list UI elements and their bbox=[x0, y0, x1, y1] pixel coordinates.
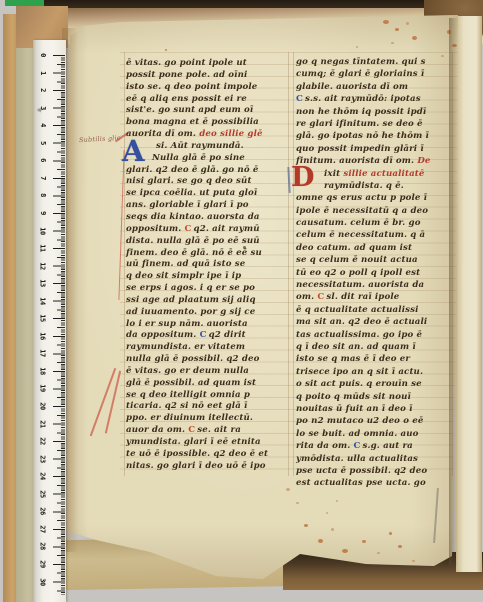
text-line: go q negas tīntatem. qui s bbox=[296, 56, 456, 68]
text-line: tas actualissima. go ipo ē bbox=[296, 329, 456, 341]
stain bbox=[342, 549, 348, 553]
text-line: glabile. auorista dī om bbox=[296, 81, 456, 93]
text-line: pse ucta ē possibil. q2 deo bbox=[296, 465, 456, 477]
text-line: necessitatum. auorista da bbox=[296, 279, 456, 291]
text-column-left: ē vitas. go point ipole utpossit pone po… bbox=[126, 58, 296, 473]
text-line: ē vitas. go er deum nulla bbox=[126, 366, 296, 378]
text-line: nouitas ū fuit an ī deo ī bbox=[296, 403, 456, 415]
stain bbox=[412, 36, 417, 40]
text-line: nisi glari. se go q deo sūt bbox=[126, 176, 296, 188]
stain bbox=[326, 512, 328, 514]
text-line: q poito q mūds sit nouī bbox=[296, 391, 456, 403]
text-line: glā. go ipotas nō he thōm ī bbox=[296, 130, 456, 142]
text-line: te uō ē ipossible. q2 deo ē et bbox=[126, 449, 296, 461]
illuminated-initial-a: A bbox=[122, 137, 145, 166]
text-line: po n2 mutaco u2 deo o eē bbox=[296, 415, 456, 427]
text-line: uū finem. ad quā isto se bbox=[126, 259, 296, 271]
text-line: deo catum. ad quam ist bbox=[296, 242, 456, 254]
text-line: omne qs erus actu p pole ī bbox=[296, 192, 456, 204]
stain bbox=[331, 528, 334, 531]
text-line: isto se q mas ē ī deo er bbox=[296, 353, 456, 365]
stain bbox=[412, 560, 415, 562]
text-line: lo i er sup nām. auorista bbox=[126, 319, 296, 331]
text-line: ticaria. q2 si nō eet glā ī bbox=[126, 401, 296, 413]
text-line: se q deo itelligit omnia p bbox=[126, 390, 296, 402]
stain bbox=[296, 502, 299, 504]
text-line: celum ē necessitatum. q ā bbox=[296, 229, 456, 241]
text-line: glā ē possibil. ad quam ist bbox=[126, 378, 296, 390]
page-edge-shadow bbox=[449, 18, 458, 566]
text-line: o sit act puis. q erouīn se bbox=[296, 378, 456, 390]
text-line: ssi age ad plaatum sij aliq bbox=[126, 295, 296, 307]
text-line: dista. nulla glā ē po eē suū bbox=[126, 236, 296, 248]
text-line: raymundista. er vitatem bbox=[126, 342, 296, 354]
text-line: Cs.s. ait raymūdō: ipotas bbox=[296, 93, 456, 105]
text-line: lo se buit. ad omnia. auo bbox=[296, 428, 456, 440]
text-line: ē vitas. go point ipole ut bbox=[126, 58, 296, 70]
text-line: est actualitas pse ucta. go bbox=[296, 477, 456, 489]
stain bbox=[383, 20, 389, 24]
text-line: raymūdista. q ē. bbox=[296, 180, 456, 192]
text-line: oppositum. Cq2. ait raymū bbox=[126, 224, 296, 236]
text-line: isto se. q deo point impole bbox=[126, 82, 296, 94]
stain bbox=[356, 46, 358, 48]
stain bbox=[441, 55, 444, 57]
stain bbox=[389, 532, 392, 535]
text-line: auorita dī om. deo sillie glē bbox=[126, 129, 296, 141]
stain bbox=[362, 540, 366, 543]
text-line: q deo sit simplr ipe ī ip bbox=[126, 271, 296, 283]
text-line: finem. deo ē glā. nō ē eē su bbox=[126, 248, 296, 260]
stain bbox=[318, 539, 323, 543]
text-line: quo possit impedin glāri ī bbox=[296, 143, 456, 155]
text-line: se erps i agos. i q er se po bbox=[126, 283, 296, 295]
text-line: nitas. go glari ī deo uō ē ipo bbox=[126, 461, 296, 473]
text-line: ē q actualitate actualissi bbox=[296, 304, 456, 316]
column-guide-line bbox=[124, 52, 125, 476]
text-line: ppo. er diuinum itellectū. bbox=[126, 413, 296, 425]
text-line: finitum. auorista dī om. De bbox=[296, 155, 456, 167]
text-line: om. Csl. dit raī ipole bbox=[296, 291, 456, 303]
text-line: rita da om. Cs.g. aut ra bbox=[296, 440, 456, 452]
text-line: non he thōm iq possit ipdī bbox=[296, 106, 456, 118]
text-line: cumq; ē glari ē gloriains ī bbox=[296, 68, 456, 80]
text-line: nulla glā ē possibil. q2 deo bbox=[126, 354, 296, 366]
text-line: re glari ifinitum. se deo ē bbox=[296, 118, 456, 130]
text-line: seqs dia kintao. auorsta da bbox=[126, 212, 296, 224]
text-line: sist'e. go sunt apd eum oī bbox=[126, 105, 296, 117]
speck bbox=[243, 246, 246, 249]
ruler-ticks bbox=[52, 55, 65, 595]
ruler: ⚜ 01234567891011121314151617181920212223… bbox=[33, 40, 66, 602]
stain bbox=[395, 28, 399, 31]
stain bbox=[336, 500, 338, 502]
illuminated-initial-d: D bbox=[291, 164, 314, 191]
manuscript-page: Subtilis glie A D ē vitas. go point ipol… bbox=[64, 14, 460, 582]
text-line: bona magna et ē possibilia bbox=[126, 117, 296, 129]
stain bbox=[304, 524, 308, 527]
text-line: si. Aūt raymundā. bbox=[126, 141, 296, 153]
stain bbox=[165, 49, 167, 51]
stain bbox=[391, 42, 394, 44]
text-line: ma sit an. q2 deo ē actuali bbox=[296, 316, 456, 328]
manuscript-photo: Subtilis glie A D ē vitas. go point ipol… bbox=[0, 0, 483, 602]
text-line: tū eo q2 o poll q ipoll est bbox=[296, 267, 456, 279]
pencil-mark bbox=[433, 488, 438, 543]
red-flourish-icon bbox=[105, 371, 121, 434]
margin-note: Subtilis glie bbox=[79, 134, 121, 144]
text-line: ipole ē necessitatū q a deo bbox=[296, 205, 456, 217]
text-line: trisece ipo an q sit ī actu. bbox=[296, 366, 456, 378]
stain bbox=[377, 552, 380, 554]
text-line: da oppositum. Cq2 dirit bbox=[126, 330, 296, 342]
stain bbox=[286, 488, 290, 491]
text-line: ans. gloriable ī glari ī po bbox=[126, 200, 296, 212]
text-line: Nulla glā ē po sine bbox=[126, 153, 296, 165]
text-line: ad iuuamento. por g sij ce bbox=[126, 307, 296, 319]
text-line: se q celum ē nouit actua bbox=[296, 254, 456, 266]
text-line: ymōdista. ulla actualitas bbox=[296, 453, 456, 465]
text-line: q ī deo sit an. ad quam ī bbox=[296, 341, 456, 353]
text-line: se ipca coēlia. ut puta gloī bbox=[126, 188, 296, 200]
text-line: auor da om. Cse. ait ra bbox=[126, 425, 296, 437]
text-line: ymundista. glari ī eē etnita bbox=[126, 437, 296, 449]
text-line: causatum. celum ē br. go bbox=[296, 217, 456, 229]
text-line: ixit sillie actualitatē bbox=[296, 168, 456, 180]
text-column-right: go q negas tīntatem. qui scumq; ē glari … bbox=[296, 56, 456, 490]
stain bbox=[406, 22, 409, 25]
text-line: eē q aliq ens possit ei re bbox=[126, 94, 296, 106]
text-line: glari. q2 deo ē glā. go nō ē bbox=[126, 165, 296, 177]
stain bbox=[398, 545, 402, 548]
text-line: possit pone pole. ad oīni bbox=[126, 70, 296, 82]
next-leaf-edge bbox=[456, 16, 482, 572]
